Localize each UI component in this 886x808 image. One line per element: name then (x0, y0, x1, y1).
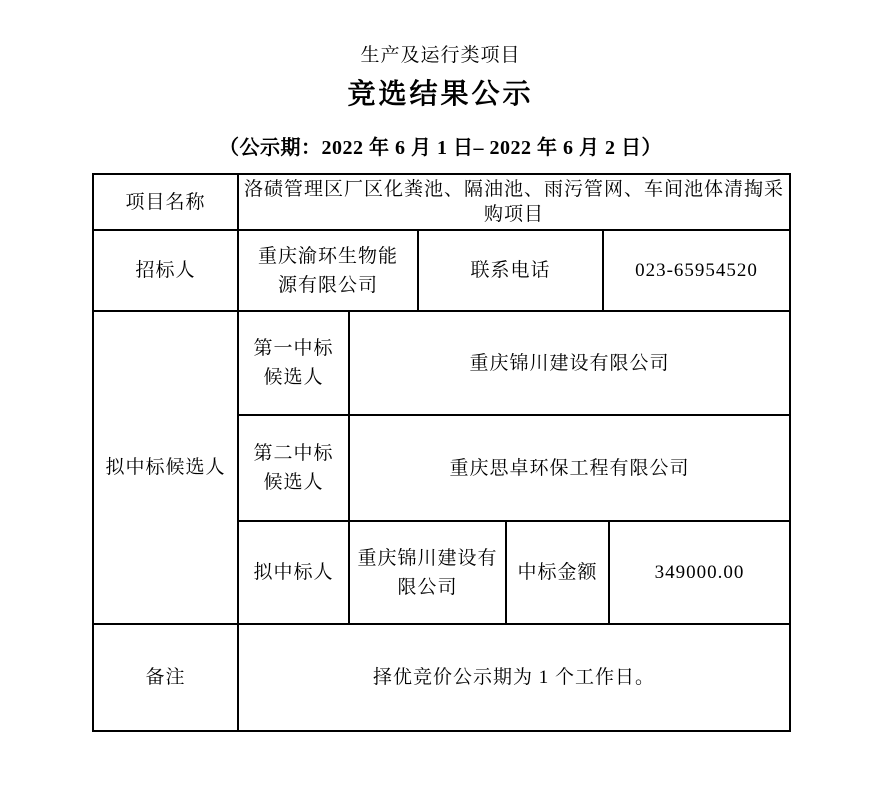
tenderee-label: 招标人 (93, 230, 238, 311)
remark-label: 备注 (93, 624, 238, 731)
second-candidate-value: 重庆思卓环保工程有限公司 (349, 415, 790, 521)
page-title: 竞选结果公示 (92, 77, 789, 113)
table-row: 项目名称 洛碛管理区厂区化粪池、隔油池、雨污管网、车间池体清掏采 购项目 (93, 174, 790, 230)
proposed-winner-value: 重庆锦川建设有 限公司 (349, 521, 506, 624)
award-amount-label: 中标金额 (506, 521, 609, 624)
first-candidate-value: 重庆锦川建设有限公司 (349, 311, 790, 415)
bid-result-table: 项目名称 洛碛管理区厂区化粪池、隔油池、雨污管网、车间池体清掏采 购项目 招标人… (92, 173, 791, 732)
tenderee-value: 重庆渝环生物能 源有限公司 (238, 230, 418, 311)
category-title: 生产及运行类项目 (92, 45, 789, 67)
announcement-content: 生产及运行类项目 竞选结果公示 （公示期：2022 年 6 月 1 日– 202… (92, 0, 789, 732)
publicity-period: （公示期：2022 年 6 月 1 日– 2022 年 6 月 2 日） (92, 136, 789, 160)
table-row: 招标人 重庆渝环生物能 源有限公司 联系电话 023-65954520 (93, 230, 790, 311)
second-candidate-label: 第二中标 候选人 (238, 415, 349, 521)
contact-phone-value: 023-65954520 (603, 230, 790, 311)
proposed-winner-label: 拟中标人 (238, 521, 349, 624)
table-row: 备注 择优竞价公示期为 1 个工作日。 (93, 624, 790, 731)
project-name-value: 洛碛管理区厂区化粪池、隔油池、雨污管网、车间池体清掏采 购项目 (238, 174, 790, 230)
award-amount-value: 349000.00 (609, 521, 790, 624)
remark-value: 择优竞价公示期为 1 个工作日。 (238, 624, 790, 731)
project-name-label: 项目名称 (93, 174, 238, 230)
contact-phone-label: 联系电话 (418, 230, 603, 311)
first-candidate-label: 第一中标 候选人 (238, 311, 349, 415)
candidates-label: 拟中标候选人 (93, 311, 238, 624)
table-row: 拟中标候选人 第一中标 候选人 重庆锦川建设有限公司 (93, 311, 790, 415)
announcement-page: 生产及运行类项目 竞选结果公示 （公示期：2022 年 6 月 1 日– 202… (0, 0, 886, 808)
